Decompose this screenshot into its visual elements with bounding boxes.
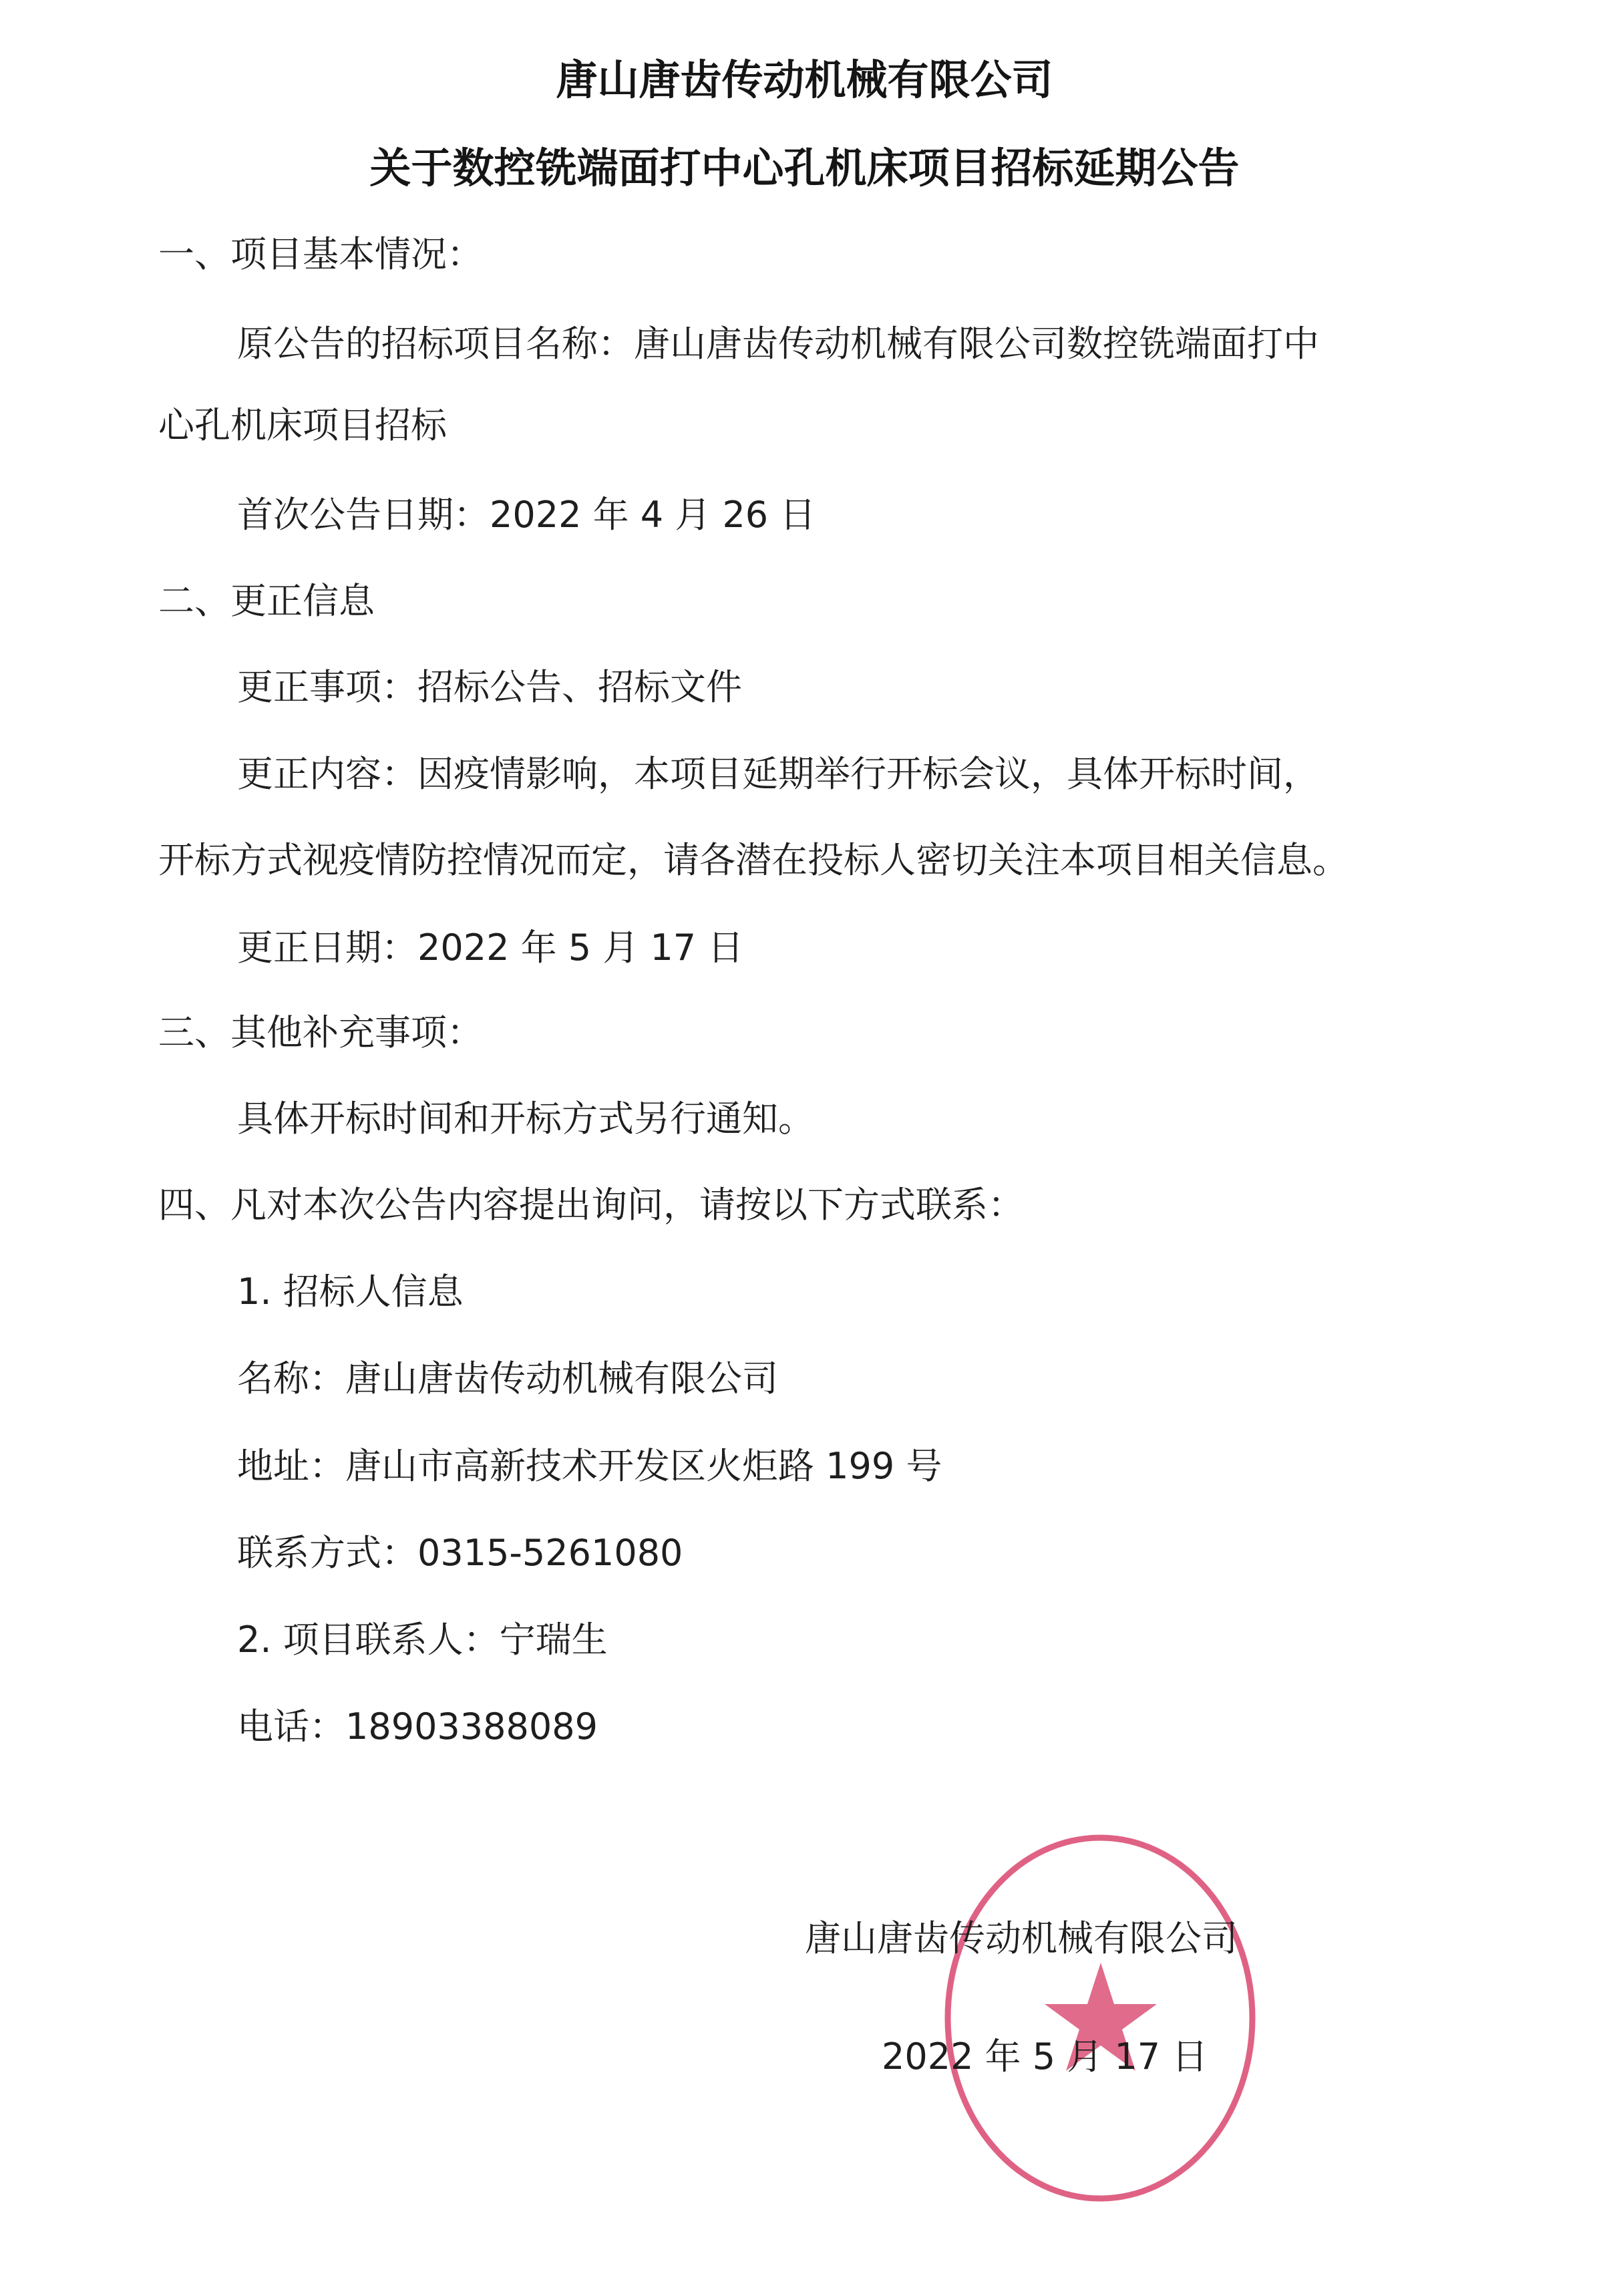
project-contact-phone: 电话：18903388089: [237, 1705, 598, 1748]
project-name-line1: 原公告的招标项目名称：唐山唐齿传动机械有限公司数控铣端面打中: [237, 323, 1319, 365]
correction-items: 更正事项：招标公告、招标文件: [237, 666, 742, 709]
section1-heading: 一、项目基本情况：: [158, 233, 483, 276]
first-notice-date: 首次公告日期：2022 年 4 月 26 日: [237, 494, 816, 536]
supplementary-text: 具体开标时间和开标方式另行通知。: [237, 1098, 814, 1140]
signature-company: 唐山唐齿传动机械有限公司: [805, 1917, 1238, 1960]
section3-heading: 三、其他补充事项：: [158, 1011, 483, 1054]
correction-date: 更正日期：2022 年 5 月 17 日: [237, 927, 743, 969]
correction-content-line1: 更正内容：因疫情影响，本项目延期举行开标会议，具体开标时间，: [237, 753, 1319, 796]
correction-content-line2: 开标方式视疫情防控情况而定，请各潜在投标人密切关注本项目相关信息。: [158, 839, 1349, 882]
company-seal-icon: [943, 1829, 1257, 2203]
section2-heading: 二、更正信息: [158, 580, 375, 623]
tenderer-contact: 联系方式：0315-5261080: [237, 1532, 683, 1575]
section4-heading: 四、凡对本次公告内容提出询问，请按以下方式联系：: [158, 1184, 1024, 1226]
tenderer-info-heading: 1. 招标人信息: [237, 1271, 464, 1313]
project-contact-person: 2. 项目联系人：宁瑞生: [237, 1619, 608, 1661]
company-title: 唐山唐齿传动机械有限公司: [0, 55, 1609, 106]
tenderer-address: 地址：唐山市高新技术开发区火炬路 199 号: [237, 1445, 942, 1488]
project-name-line2: 心孔机床项目招标: [158, 404, 447, 447]
signature-date: 2022 年 5 月 17 日: [882, 2035, 1208, 2078]
tenderer-name: 名称：唐山唐齿传动机械有限公司: [237, 1357, 778, 1400]
notice-title: 关于数控铣端面打中心孔机床项目招标延期公告: [0, 143, 1609, 194]
